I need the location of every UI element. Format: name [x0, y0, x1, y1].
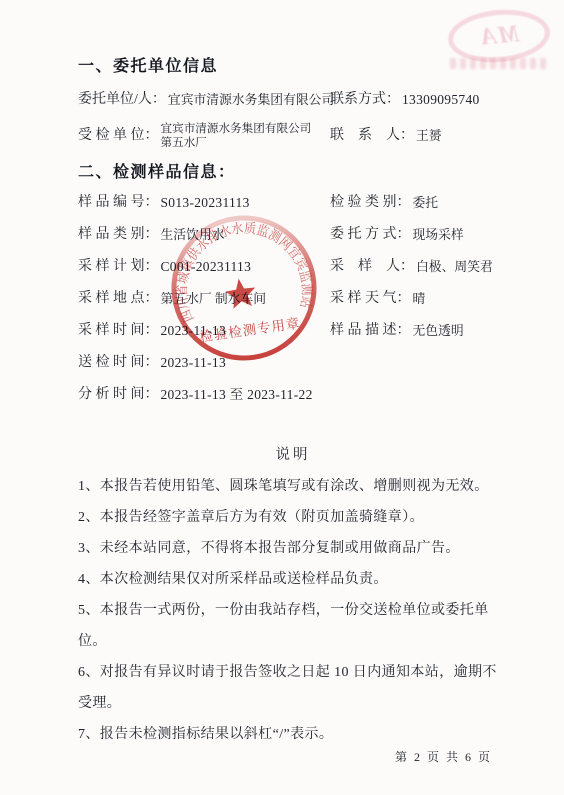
sample-row: 分 析 时 间： 2023-11-13 至 2023-11-22: [78, 386, 508, 404]
note-item-2: 2、本报告经签字盖章后方为有效（附页加盖骑缝章）。: [78, 502, 508, 533]
analysis-time-value: 2023-11-13 至 2023-11-22: [161, 386, 313, 404]
sampling-time-label: 采 样 时 间：: [78, 322, 159, 340]
sample-row: 样 品 类 别： 生活饮用水 委 托 方 式： 现场采样: [78, 226, 508, 244]
sample-type-value: 生活饮用水: [161, 226, 225, 244]
sampling-weather-label: 采 样 天 气：: [330, 290, 411, 308]
sampling-time-value: 2023-11-13: [161, 322, 227, 340]
inspected-cell: 受 检 单 位： 宜宾市清源水务集团有限公司 第五水厂: [78, 122, 330, 150]
notes-section: 说明 1、本报告若使用铅笔、圆珠笔填写或有涂改、增删则视为无效。 2、本报告经签…: [78, 440, 508, 750]
section-heading-sample-info: 二、检测样品信息：: [78, 162, 508, 184]
sampling-plan-label: 采 样 计 划：: [78, 258, 159, 276]
client-row: 委托单位/人： 宜宾市清源水务集团有限公司 联系方式： 13309095740: [78, 91, 508, 109]
inspected-value-line1: 宜宾市清源水务集团有限公司: [161, 122, 312, 135]
client-cell: 委托单位/人： 宜宾市清源水务集团有限公司: [78, 91, 330, 109]
sampler-label: 采 样 人：: [330, 258, 414, 276]
report-page: MA 一、委托单位信息 委托单位/人： 宜宾市清源水务集团有限公司 联系方式： …: [0, 0, 564, 795]
contact-label: 联系方式：: [330, 91, 400, 109]
analysis-time-label: 分 析 时 间：: [78, 386, 159, 404]
delivery-time-label: 送 检 时 间：: [78, 354, 159, 372]
sample-row: 采 样 地 点： 第五水厂 制水车间 采 样 天 气： 晴: [78, 290, 508, 308]
contact-person-cell: 联 系 人： 王赟: [330, 122, 508, 150]
sampling-weather-value: 晴: [413, 290, 426, 308]
page-number: 第 2 页 共 6 页: [395, 748, 492, 765]
contact-cell: 联系方式： 13309095740: [330, 91, 508, 109]
note-item-1: 1、本报告若使用铅笔、圆珠笔填写或有涂改、增删则视为无效。: [78, 471, 508, 502]
notes-heading: 说明: [78, 440, 508, 471]
test-category-label: 检 验 类 别：: [330, 194, 411, 212]
report-content: 一、委托单位信息 委托单位/人： 宜宾市清源水务集团有限公司 联系方式： 133…: [78, 56, 508, 750]
inspected-label: 受 检 单 位：: [78, 127, 159, 145]
note-item-6: 6、对报告有异议时请于报告签收之日起 10 日内通知本站，逾期不受理。: [78, 657, 508, 719]
note-item-7: 7、报告未检测指标结果以斜杠“/”表示。: [78, 719, 508, 750]
section-heading-client-info: 一、委托单位信息: [78, 56, 508, 78]
sampling-plan-value: C001-20231113: [161, 258, 252, 276]
client-label: 委托单位/人：: [78, 91, 166, 109]
client-value: 宜宾市清源水务集团有限公司: [168, 91, 334, 109]
inspected-value-line2: 第五水厂: [161, 136, 207, 149]
sampler-value: 白极、周笑君: [416, 258, 493, 276]
sample-no-label: 样 品 编 号：: [78, 194, 159, 212]
note-item-4: 4、本次检测结果仅对所采样品或送检样品负责。: [78, 564, 508, 595]
commission-mode-label: 委 托 方 式：: [330, 226, 411, 244]
contact-person-label: 联 系 人：: [330, 127, 414, 145]
note-item-5: 5、本报告一式两份，一份由我站存档，一份交送检单位或委托单位。: [78, 595, 508, 657]
sample-row: 采 样 计 划： C001-20231113 采 样 人： 白极、周笑君: [78, 258, 508, 276]
note-item-3: 3、未经本站同意，不得将本报告部分复制或用做商品广告。: [78, 533, 508, 564]
sample-description-label: 样 品 描 述：: [330, 322, 411, 340]
sample-row: 样 品 编 号： S013-20231113 检 验 类 别： 委托: [78, 194, 508, 212]
commission-mode-value: 现场采样: [413, 226, 464, 244]
inspected-value: 宜宾市清源水务集团有限公司 第五水厂: [161, 122, 312, 150]
sample-description-value: 无色透明: [413, 322, 464, 340]
contact-person-value: 王赟: [416, 127, 442, 145]
sample-row: 采 样 时 间： 2023-11-13 样 品 描 述： 无色透明: [78, 322, 508, 340]
contact-value: 13309095740: [402, 91, 480, 109]
test-category-value: 委托: [413, 194, 439, 212]
sample-type-label: 样 品 类 别：: [78, 226, 159, 244]
inspected-row: 受 检 单 位： 宜宾市清源水务集团有限公司 第五水厂 联 系 人： 王赟: [78, 122, 508, 150]
sampling-site-value: 第五水厂 制水车间: [161, 290, 267, 308]
sample-no-value: S013-20231113: [161, 194, 250, 212]
sample-row: 送 检 时 间： 2023-11-13: [78, 354, 508, 372]
delivery-time-value: 2023-11-13: [161, 354, 227, 372]
sampling-site-label: 采 样 地 点：: [78, 290, 159, 308]
